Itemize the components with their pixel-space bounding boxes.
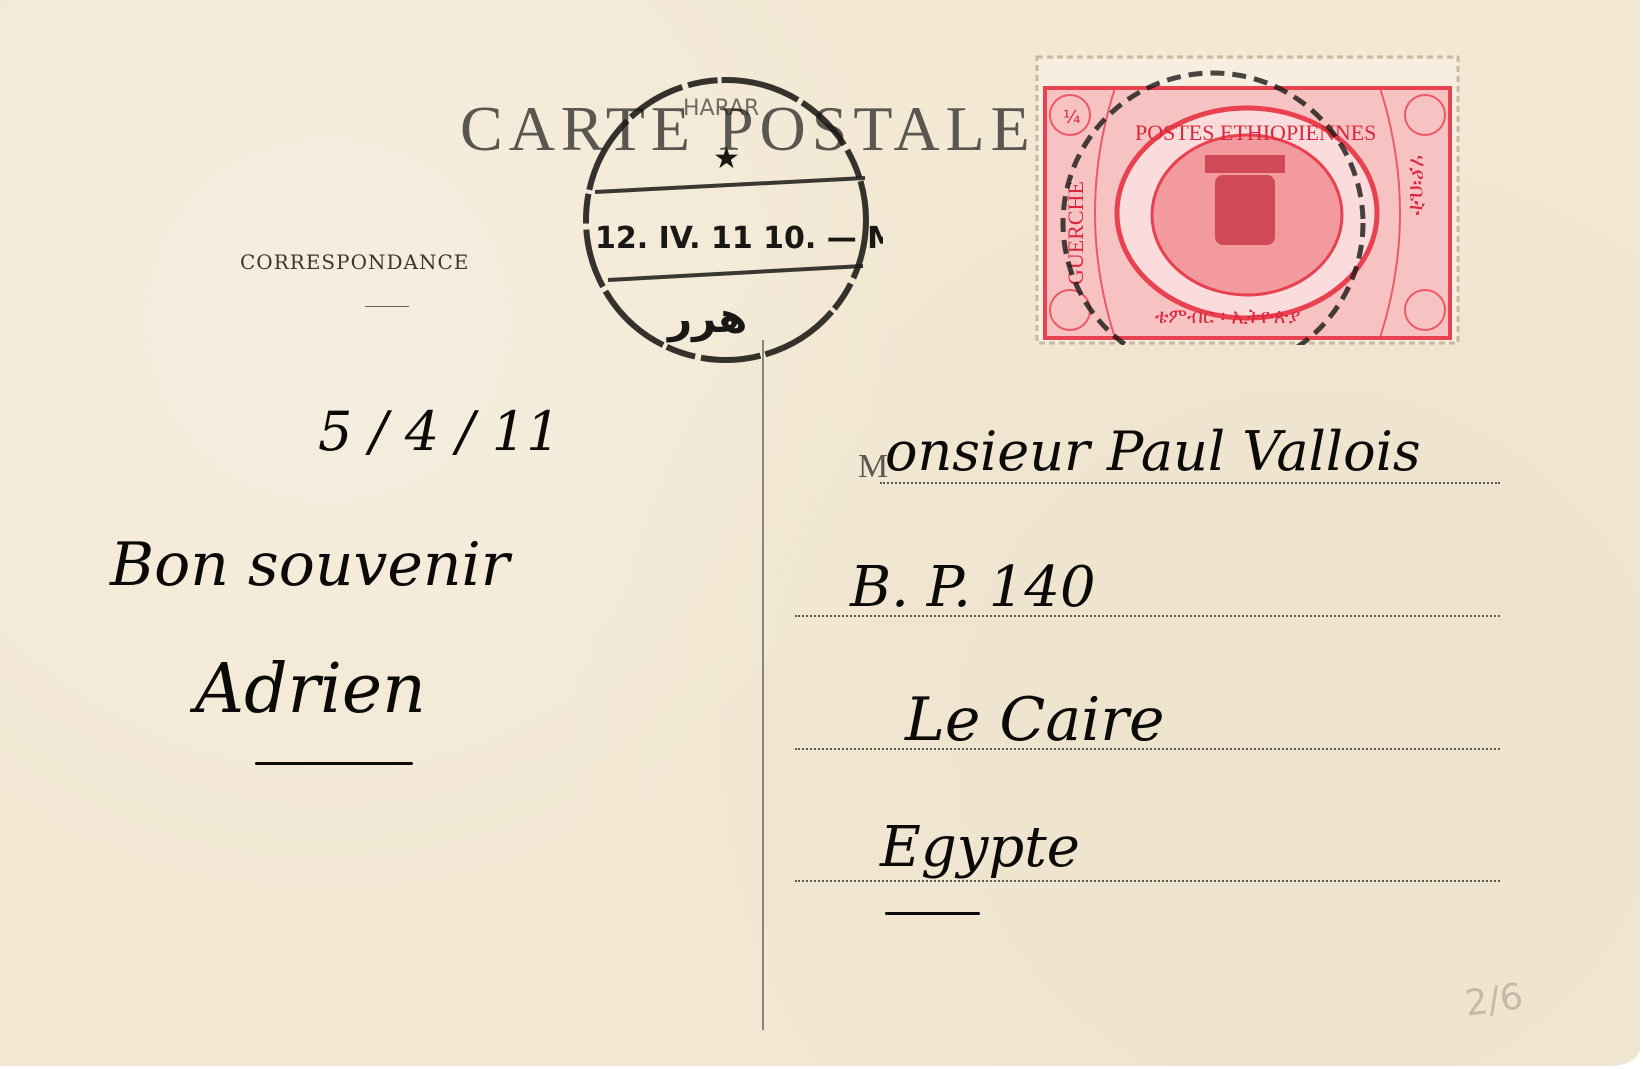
ethiopian-postage-stamp: POSTES ETHIOPIENNES GUERCHE ሃያ፡ቤት ቴምብር ፡… (1035, 55, 1460, 345)
message-date: 5 / 4 / 11 (318, 400, 560, 463)
message-greeting: Bon souvenir (110, 530, 509, 600)
address-po-box: B. P. 140 (850, 555, 1096, 620)
postmark-date: 12. IV. 11 10. — M (595, 221, 883, 256)
country-underline (885, 912, 980, 915)
center-divider-line (762, 340, 764, 1030)
address-country: Egypte (880, 815, 1080, 880)
stamp-right-text: ሃያ፡ቤት (1404, 155, 1429, 215)
postmark-arabic-text: هرر (666, 293, 747, 343)
address-prefix: M (858, 448, 888, 486)
stamp-bottom-text: ቴምብር ፡ ኢትዮጵያ (1155, 304, 1300, 328)
address-line-4-rule (795, 880, 1500, 882)
postmark-top-arc: HARAR (683, 96, 759, 121)
stamp-corner-value: ¼ (1063, 107, 1080, 128)
pencil-annotation: 2/6 (1462, 976, 1525, 1025)
address-recipient: onsieur Paul Vallois (885, 420, 1421, 483)
correspondance-rule (365, 306, 409, 307)
signature-underline (255, 762, 413, 765)
stamp-top-text: POSTES ETHIOPIENNES (1135, 120, 1376, 145)
address-line-3-rule (795, 748, 1500, 750)
address-line-1-rule (880, 482, 1500, 484)
correspondance-label: CORRESPONDANCE (240, 250, 469, 274)
postmark-cancellation: ★ HARAR 12. IV. 11 10. — M هرر (573, 70, 883, 370)
address-city: Le Caire (905, 685, 1164, 755)
message-signature: Adrien (195, 650, 426, 729)
postcard-back: CARTE POSTALE CORRESPONDANCE ★ HARAR 12.… (0, 0, 1640, 1066)
postmark-star: ★ (713, 141, 740, 176)
address-line-2-rule (795, 615, 1500, 617)
